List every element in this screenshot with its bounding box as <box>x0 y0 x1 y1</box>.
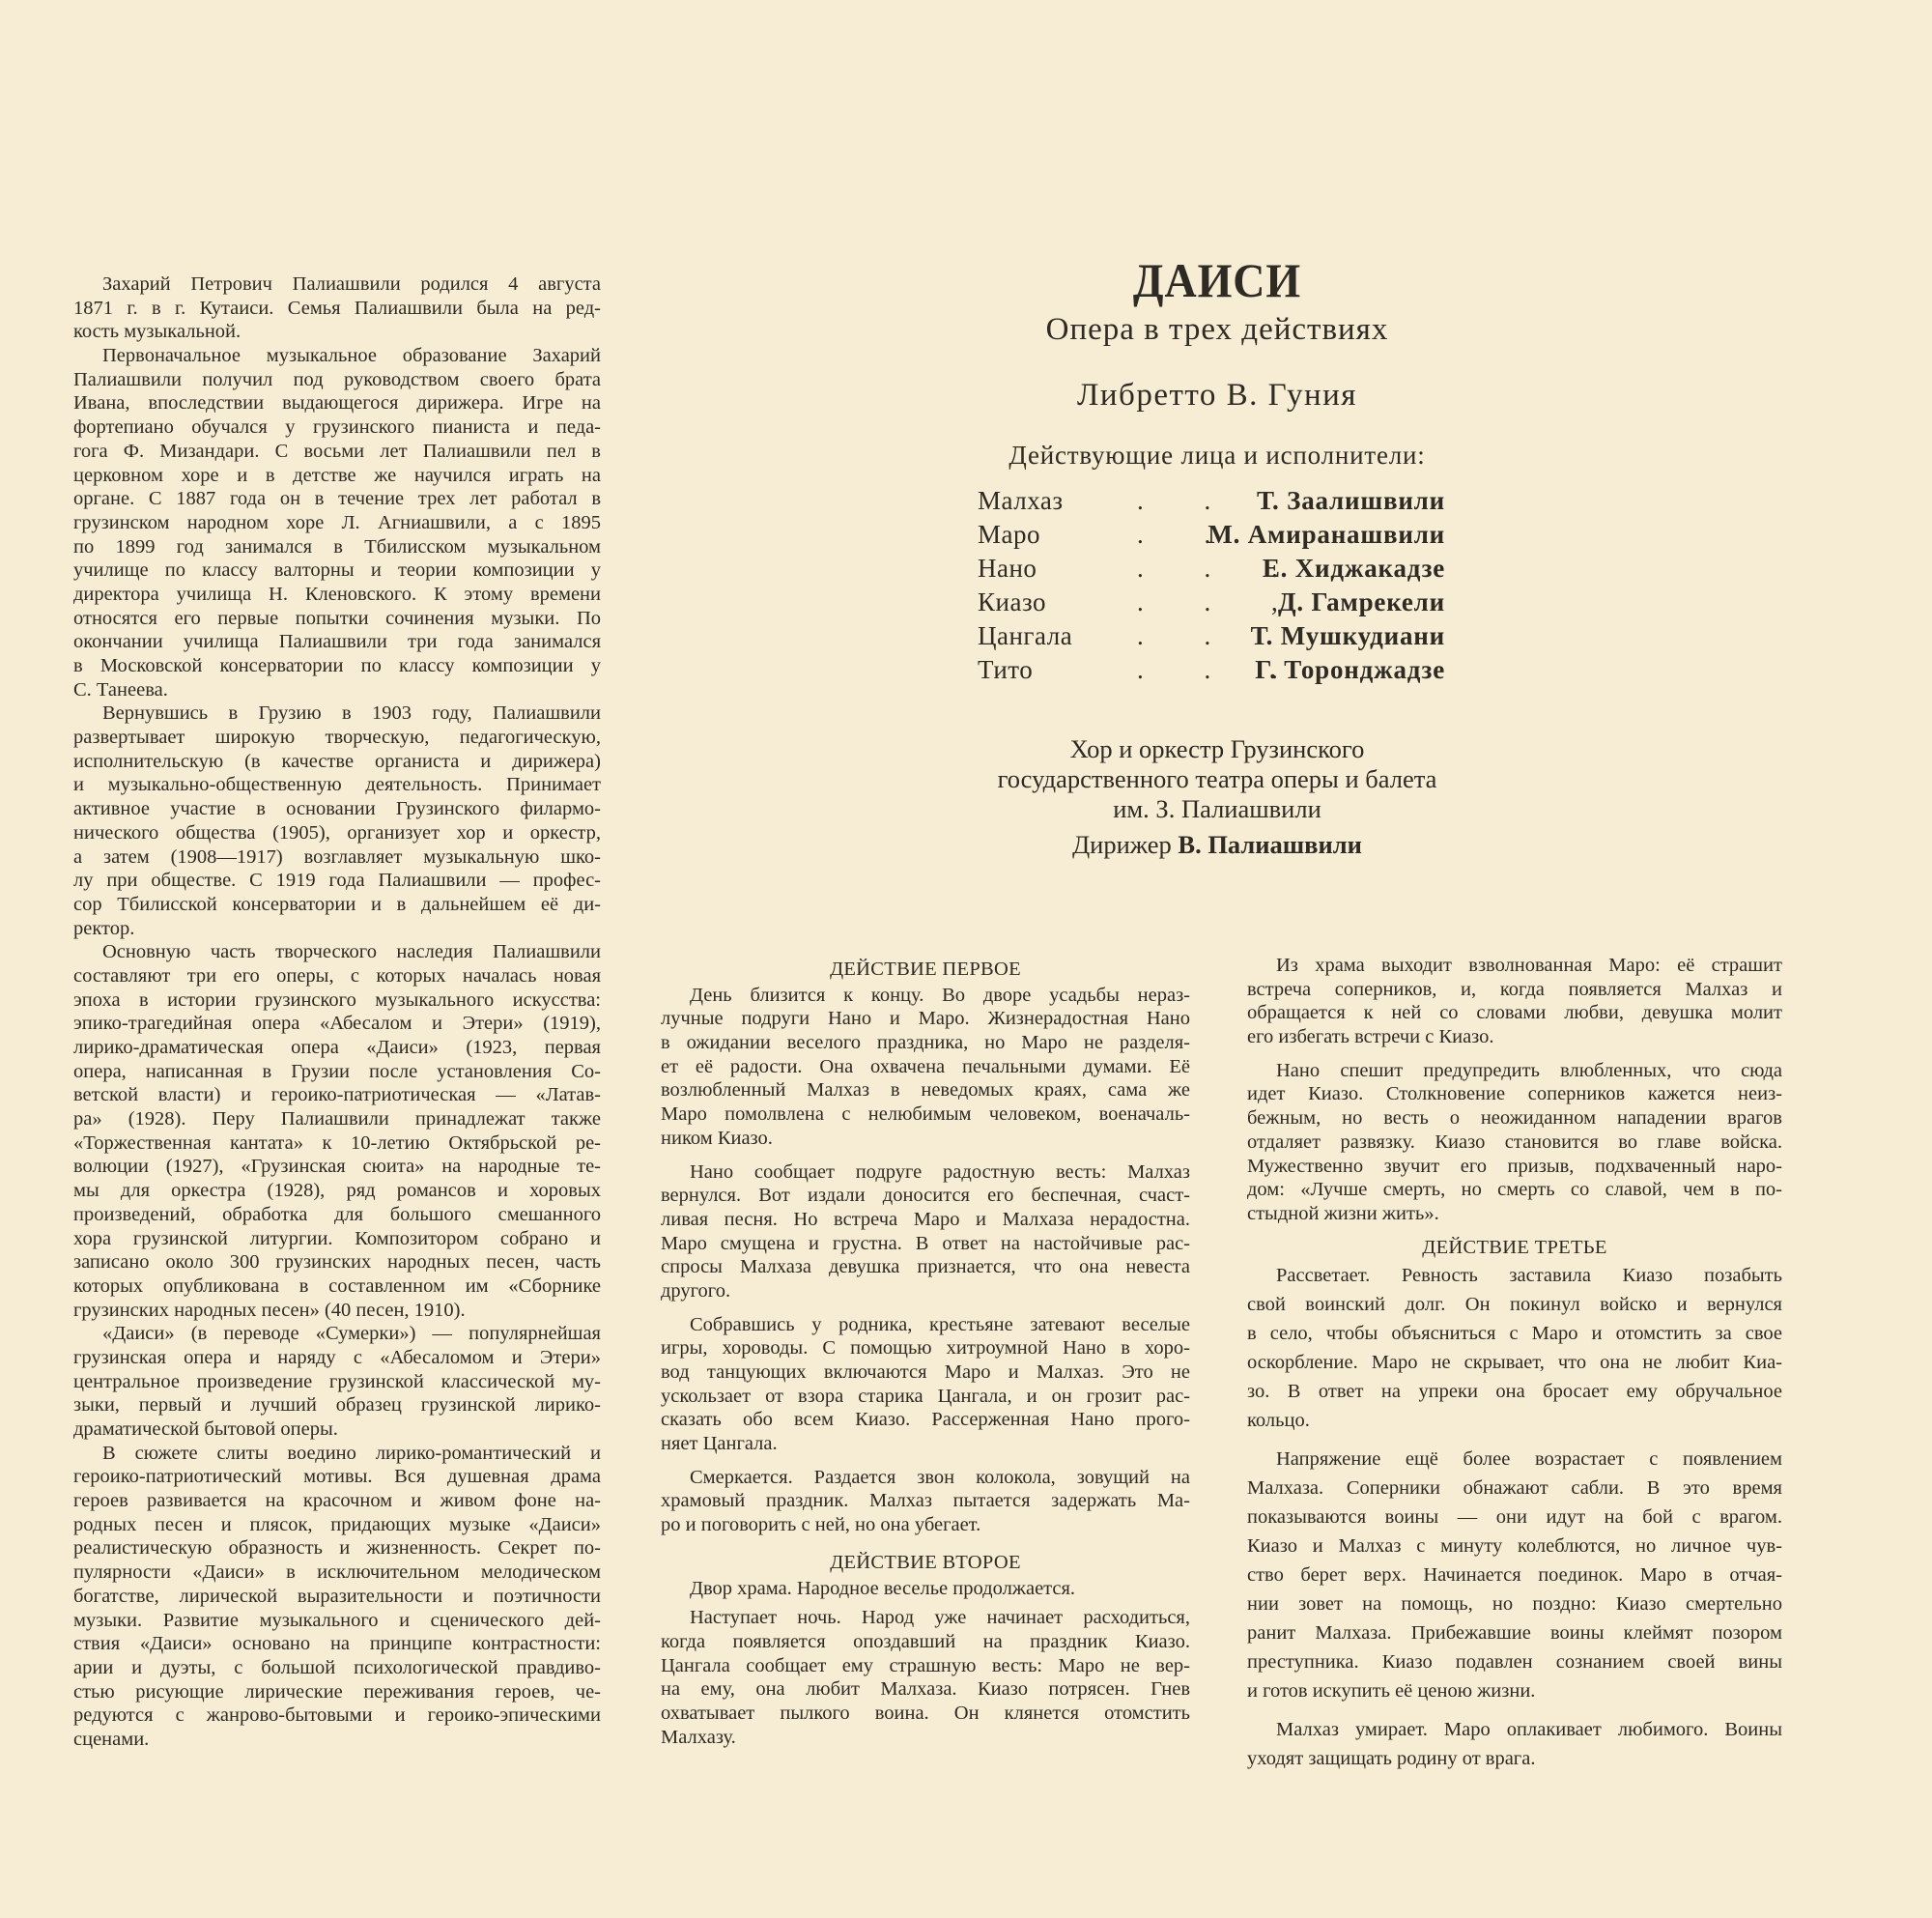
synopsis-column-right: Из храма выходит взволнованная Маро: её … <box>1247 954 1782 1773</box>
text-line: Двор храма. Народное веселье продолжаетс… <box>661 1577 1190 1601</box>
paragraph: Захарий Петрович Палиашвили родился 4 ав… <box>73 272 601 344</box>
text-line: в ожидании веселого праздника, но Маро н… <box>661 1031 1190 1055</box>
text-line: грузинская опера и наряду с «Абесаломом … <box>73 1346 601 1370</box>
text-line: когда появляется опоздавший на праздник … <box>661 1630 1190 1654</box>
act3-heading: ДЕЙСТВИЕ ТРЕТЬЕ <box>1247 1236 1782 1260</box>
text-line: «Торжественная кантата» к 10-летию Октяб… <box>73 1131 601 1156</box>
act3-body: Рассветает. Ревность заставила Киазо поз… <box>1247 1261 1782 1773</box>
synopsis-column-middle: ДЕЙСТВИЕ ПЕРВОЕ День близится к концу. В… <box>661 954 1190 1749</box>
text-line: Мужественно звучит его призыв, подхвачен… <box>1247 1155 1782 1179</box>
text-line: другого. <box>661 1279 1190 1303</box>
text-line: реалистическую образность и жизненность.… <box>73 1536 601 1560</box>
text-line: нии зовет на помощь, но поздно: Киазо см… <box>1247 1589 1782 1618</box>
text-line: эпоха в истории грузинского музыкального… <box>73 988 601 1013</box>
text-line: Рассветает. Ревность заставила Киазо поз… <box>1247 1261 1782 1290</box>
text-line: Маро помолвлена с нелюбимым человеком, в… <box>661 1102 1190 1127</box>
text-line: и готов искупить её ценою жизни. <box>1247 1676 1782 1705</box>
text-line: свой воинский долг. Он покинул войско и … <box>1247 1290 1782 1319</box>
text-line: по 1899 год занимался в Тбилисском музык… <box>73 535 601 559</box>
text-line: Малхаз умирает. Маро оплакивает любимого… <box>1247 1715 1782 1744</box>
text-line: нического общества (1905), организует хо… <box>73 821 601 845</box>
cast-row: Тито . . . Г. Торонджадзе <box>978 655 1445 689</box>
text-line: сказать обо всем Киазо. Рассерженная Нан… <box>661 1408 1190 1432</box>
cast-actor: Т. Мушкудиани <box>1251 621 1445 651</box>
text-line: стыдной жизни жить». <box>1247 1202 1782 1226</box>
text-line: Основную часть творческого наследия Пали… <box>73 940 601 964</box>
text-line: драматической бытовой оперы. <box>73 1417 601 1442</box>
text-line: возлюбленный Малхаз в неведомых краях, с… <box>661 1078 1190 1102</box>
conductor-credit: Дирижер В. Палиашвили <box>927 830 1507 860</box>
ensemble-line: им. З. Палиашвили <box>927 794 1507 824</box>
text-line: лирико-драматическая опера «Даиси» (1923… <box>73 1036 601 1060</box>
text-line: фортепиано обучался у грузинского пианис… <box>73 415 601 440</box>
text-line: Цангала сообщает ему страшную весть: Мар… <box>661 1654 1190 1678</box>
cast-row: Нано . . . Е. Хиджакадзе <box>978 554 1445 587</box>
cast-actor: Д. Гамрекели <box>1278 587 1445 617</box>
opera-title: ДАИСИ <box>951 253 1484 307</box>
text-line: Захарий Петрович Палиашвили родился 4 ав… <box>73 272 601 297</box>
cast-actor: Е. Хиджакадзе <box>1263 554 1445 584</box>
text-line: ра» (1928). Перу Палиашвили принадлежат … <box>73 1107 601 1131</box>
text-line: директора училища Н. Кленовского. К этом… <box>73 583 601 607</box>
text-line: День близится к концу. Во дворе усадьбы … <box>661 984 1190 1008</box>
text-line: Наступает ночь. Народ уже начинает расхо… <box>661 1606 1190 1630</box>
cast-role: Киазо <box>978 587 1046 617</box>
text-line: Собравшись у родника, крестьяне затевают… <box>661 1313 1190 1337</box>
cast-role: Маро <box>978 520 1040 550</box>
act2-body-continued: Из храма выходит взволнованная Маро: её … <box>1247 954 1782 1226</box>
text-line: его избегать встречи с Киазо. <box>1247 1025 1782 1049</box>
text-line: Первоначальное музыкальное образование З… <box>73 344 601 368</box>
text-line: Палиашвили получил под руководством свое… <box>73 368 601 392</box>
text-line: активное участие в основании Грузинского… <box>73 797 601 821</box>
text-line: ректор. <box>73 917 601 941</box>
cast-row: Киазо . . , Д. Гамрекели <box>978 587 1445 621</box>
text-line: ливая песня. Но встреча Маро и Малхаза н… <box>661 1208 1190 1232</box>
act2-heading: ДЕЙСТВИЕ ВТОРОЕ <box>661 1551 1190 1575</box>
cast-role: Нано <box>978 554 1037 584</box>
text-line: няет Цангала. <box>661 1432 1190 1456</box>
text-line: С. Танеева. <box>73 678 601 702</box>
text-line: хора грузинской литургии. Композитором с… <box>73 1227 601 1251</box>
text-line: лучные подруги Нано и Маро. Жизнерадостн… <box>661 1007 1190 1031</box>
text-line: обращается к ней со словами любви, девуш… <box>1247 1001 1782 1025</box>
title-block: ДАИСИ Опера в трех действиях Либретто В.… <box>927 253 1507 472</box>
cast-leader-dots: . . <box>1137 486 1237 516</box>
text-line: в село, чтобы объясниться с Маро и отомс… <box>1247 1319 1782 1348</box>
libretto-credit: Либретто В. Гуния <box>927 375 1507 415</box>
text-line: ет её радости. Она охвачена печальными д… <box>661 1055 1190 1079</box>
cast-actor: Г. Торонджадзе <box>1255 655 1445 685</box>
ensemble-credit: Хор и оркестр Грузинского государственно… <box>927 734 1507 860</box>
conductor-name: В. Палиашвили <box>1178 830 1362 859</box>
act2-body: Двор храма. Народное веселье продолжаетс… <box>661 1577 1190 1750</box>
text-line: записано около 300 грузинских народных п… <box>73 1250 601 1274</box>
ensemble-line: Хор и оркестр Грузинского <box>927 734 1507 764</box>
text-line: родных песен и плясок, придающих музыке … <box>73 1513 601 1537</box>
text-line: грузинских народных песен» (40 песен, 19… <box>73 1299 601 1323</box>
text-line: Ивана, впоследствии выдающегося дирижера… <box>73 391 601 415</box>
text-line: сценами. <box>73 1728 601 1752</box>
text-line: героев развивается на красочном и живом … <box>73 1489 601 1513</box>
text-line: кольцо. <box>1247 1406 1782 1435</box>
text-line: органе. С 1887 года он в течение трех ле… <box>73 487 601 511</box>
opera-subtitle: Опера в трех действиях <box>927 309 1507 350</box>
cast-actor: М. Амиранашвили <box>1207 520 1445 550</box>
biography-column: Захарий Петрович Палиашвили родился 4 ав… <box>73 272 601 1752</box>
text-line: составляют три его оперы, с которых нача… <box>73 964 601 988</box>
text-line: ствия «Даиси» основано на принципе контр… <box>73 1632 601 1656</box>
cast-role: Тито <box>978 655 1033 685</box>
text-line: оскорбление. Маро не скрывает, что она н… <box>1247 1348 1782 1377</box>
paragraph: Двор храма. Народное веселье продолжаетс… <box>661 1577 1190 1601</box>
text-line: уходят защищать родину от врага. <box>1247 1744 1782 1773</box>
text-line: и музыкально-общественную деятельность. … <box>73 773 601 797</box>
cast-leader-dots: . . <box>1137 621 1237 651</box>
paragraph: Напряжение ещё более возрастает с появле… <box>1247 1445 1782 1705</box>
cast-actor: Т. Заалишвили <box>1257 486 1445 516</box>
paragraph: Первоначальное музыкальное образование З… <box>73 344 601 701</box>
text-line: Смеркается. Раздается звон колокола, зов… <box>661 1466 1190 1490</box>
paragraph: Смеркается. Раздается звон колокола, зов… <box>661 1466 1190 1537</box>
text-line: храмовый праздник. Малхаз пытается задер… <box>661 1489 1190 1513</box>
text-line: игры, хороводы. С помощью хитроумной Нан… <box>661 1336 1190 1360</box>
text-line: кость музыкальной. <box>73 320 601 344</box>
text-line: Малхаза. Соперники обнажают сабли. В это… <box>1247 1474 1782 1503</box>
paragraph: Наступает ночь. Народ уже начинает расхо… <box>661 1606 1190 1749</box>
cast-row: Маро . . М. Амиранашвили <box>978 520 1445 554</box>
paragraph: Собравшись у родника, крестьяне затевают… <box>661 1313 1190 1456</box>
text-line: Нано сообщает подруге радостную весть: М… <box>661 1160 1190 1185</box>
text-line: ро и поговорить с ней, но она убегает. <box>661 1513 1190 1537</box>
conductor-label: Дирижер <box>1072 830 1172 859</box>
paragraph: Из храма выходит взволнованная Маро: её … <box>1247 954 1782 1049</box>
text-line: исполнительскую (в качестве органиста и … <box>73 750 601 774</box>
act1-heading: ДЕЙСТВИЕ ПЕРВОЕ <box>661 958 1190 982</box>
cast-role: Малхаз <box>978 486 1064 516</box>
text-line: музыки. Развитие музыкального и сценичес… <box>73 1609 601 1633</box>
cast-heading: Действующие лица и исполнители: <box>927 439 1507 472</box>
text-line: редуются с жанрово-бытовыми и героико-эп… <box>73 1703 601 1728</box>
text-line: бежным, но весть о неожиданном нападении… <box>1247 1106 1782 1131</box>
paragraph: Малхаз умирает. Маро оплакивает любимого… <box>1247 1715 1782 1773</box>
text-line: спросы Малхаза девушка признается, что о… <box>661 1255 1190 1279</box>
text-line: опера, написанная в Грузии после установ… <box>73 1060 601 1084</box>
text-line: Малхазу. <box>661 1726 1190 1750</box>
act1-body: День близится к концу. Во дворе усадьбы … <box>661 984 1190 1537</box>
text-line: церковном хоре и в детстве же научился и… <box>73 464 601 488</box>
text-line: показываются воины — они идут на бой с в… <box>1247 1503 1782 1532</box>
paragraph: Нано сообщает подруге радостную весть: М… <box>661 1160 1190 1303</box>
paragraph: День близится к концу. Во дворе усадьбы … <box>661 984 1190 1151</box>
text-line: училище по классу валторны и теории комп… <box>73 558 601 583</box>
text-line: зо. В ответ на упреки она бросает ему об… <box>1247 1377 1782 1406</box>
text-line: волюции (1927), «Грузинская сюита» на на… <box>73 1155 601 1179</box>
text-line: развертывает широкую творческую, педагог… <box>73 726 601 750</box>
text-line: вернулся. Вот издали доносится его беспе… <box>661 1184 1190 1208</box>
text-line: ускользает от взора старика Цангала, и о… <box>661 1385 1190 1409</box>
text-line: грузинском народном хоре Л. Агниашвили, … <box>73 511 601 535</box>
text-line: «Даиси» (в переводе «Сумерки») — популяр… <box>73 1322 601 1346</box>
text-line: мы для оркестра (1928), ряд романсов и х… <box>73 1179 601 1203</box>
text-line: зыки, первый и лучший образец грузинской… <box>73 1393 601 1417</box>
text-line: пулярности «Даиси» в исключительном мело… <box>73 1560 601 1585</box>
text-line: относятся его первые попытки сочинения м… <box>73 607 601 631</box>
text-line: Из храма выходит взволнованная Маро: её … <box>1247 954 1782 978</box>
text-line: В сюжете слиты воедино лирико-романтичес… <box>73 1442 601 1466</box>
text-line: Маро смущена и грустна. В ответ на насто… <box>661 1232 1190 1256</box>
text-line: окончании училища Палиашвили три года за… <box>73 630 601 654</box>
paragraph: Рассветает. Ревность заставила Киазо поз… <box>1247 1261 1782 1435</box>
paragraph: Нано спешит предупредить влюбленных, что… <box>1247 1059 1782 1226</box>
ensemble-line: государственного театра оперы и балета <box>927 764 1507 794</box>
text-line: арии и дуэты, с большой психологической … <box>73 1656 601 1680</box>
text-line: ство берет верх. Начинается поединок. Ма… <box>1247 1560 1782 1589</box>
text-line: отдаляет развязку. Киазо становится во г… <box>1247 1131 1782 1155</box>
text-line: ранит Малхаза. Прибежавшие воины клеймят… <box>1247 1618 1782 1647</box>
text-line: ником Киазо. <box>661 1127 1190 1151</box>
text-line: дом: «Лучше смерть, но смерть со славой,… <box>1247 1178 1782 1202</box>
text-line: на ему, она любит Малхаза. Киазо потрясе… <box>661 1677 1190 1702</box>
text-line: Вернувшись в Грузию в 1903 году, Палиашв… <box>73 701 601 726</box>
text-line: эпико-трагедийная опера «Абесалом и Этер… <box>73 1012 601 1036</box>
cast-list: Малхаз . . Т. Заалишвили Маро . . М. Ами… <box>978 486 1445 689</box>
text-line: лу при обществе. С 1919 года Палиашвили … <box>73 869 601 893</box>
text-line: гога Ф. Мизандари. С восьми лет Палиашви… <box>73 440 601 464</box>
text-line: Нано спешит предупредить влюбленных, что… <box>1247 1059 1782 1083</box>
text-line: Напряжение ещё более возрастает с появле… <box>1247 1445 1782 1474</box>
text-line: центральное произведение грузинской клас… <box>73 1370 601 1394</box>
paragraph: В сюжете слиты воедино лирико-романтичес… <box>73 1442 601 1752</box>
cast-row: Цангала . . Т. Мушкудиани <box>978 621 1445 655</box>
paragraph: «Даиси» (в переводе «Сумерки») — популяр… <box>73 1322 601 1441</box>
text-line: 1871 г. в г. Кутаиси. Семья Палиашвили б… <box>73 297 601 321</box>
text-line: в Московской консерватории по классу ком… <box>73 654 601 678</box>
text-line: богатстве, лирической выразительности и … <box>73 1585 601 1609</box>
text-line: преступника. Киазо подавлен сознанием св… <box>1247 1647 1782 1676</box>
text-line: произведений, обработка для большого сме… <box>73 1203 601 1227</box>
text-line: идет Киазо. Столкновение соперников каже… <box>1247 1082 1782 1106</box>
text-line: героико-патриотический мотивы. Вся душев… <box>73 1465 601 1489</box>
text-line: охватывает пылкого воина. Он клянется от… <box>661 1702 1190 1726</box>
text-line: встреча соперников, и, когда появляется … <box>1247 978 1782 1002</box>
paragraph: Основную часть творческого наследия Пали… <box>73 940 601 1322</box>
text-line: Киазо и Малхаз с минуту колеблются, но л… <box>1247 1532 1782 1560</box>
cast-role: Цангала <box>978 621 1072 651</box>
text-line: которых опубликована в составленном им «… <box>73 1274 601 1299</box>
paragraph: Вернувшись в Грузию в 1903 году, Палиашв… <box>73 701 601 940</box>
cast-row: Малхаз . . Т. Заалишвили <box>978 486 1445 520</box>
text-line: вод танцующих включаются Маро и Малхаз. … <box>661 1360 1190 1385</box>
text-line: стью рисующие лирические переживания гер… <box>73 1680 601 1704</box>
text-line: ветской власти) и героико-патриотическая… <box>73 1083 601 1107</box>
text-line: сор Тбилисской консерватории и в дальней… <box>73 893 601 917</box>
text-line: а затем (1908—1917) возглавляет музыкаль… <box>73 845 601 870</box>
